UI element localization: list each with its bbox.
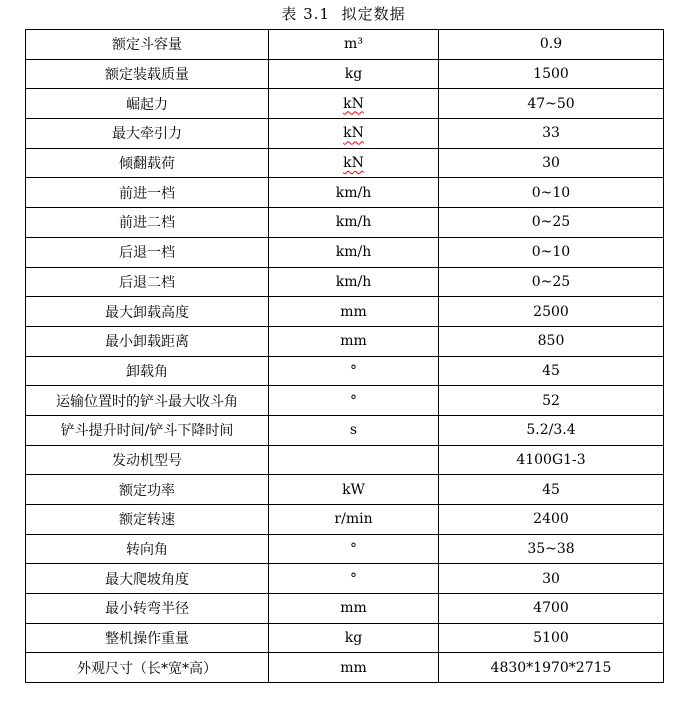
unit-cell: km/h [269,208,439,238]
unit-cell: m³ [269,30,439,60]
value-cell: 0.9 [439,30,664,60]
unit-text: kW [342,482,365,498]
table-row: 额定功率 kW 45 [26,475,664,505]
unit-cell: mm [269,326,439,356]
parameter-name-cell: 外观尺寸（长*宽*高） [26,653,269,683]
unit-cell: km/h [269,178,439,208]
value-cell: 850 [439,326,664,356]
table-row: 最大爬坡角度 ° 30 [26,564,664,594]
unit-text: m³ [344,36,363,52]
unit-cell: mm [269,297,439,327]
unit-text: kg [345,66,362,82]
unit-text: ° [350,571,357,587]
value-cell: 45 [439,475,664,505]
value-cell: 47~50 [439,89,664,119]
unit-cell: ° [269,386,439,416]
unit-cell: ° [269,534,439,564]
parameter-name-cell: 前进二档 [26,208,269,238]
value-cell: 1500 [439,59,664,89]
table-row: 最小转弯半径 mm 4700 [26,594,664,624]
parameter-name-cell: 倾翻载荷 [26,148,269,178]
parameter-name-cell: 发动机型号 [26,445,269,475]
spec-table: 额定斗容量 m³ 0.9 额定装载质量 kg 1500 崛起力 kN 47~50… [25,29,664,683]
table-row: 崛起力 kN 47~50 [26,89,664,119]
unit-text: km/h [336,185,372,201]
unit-cell: ° [269,564,439,594]
table-row: 最大卸载高度 mm 2500 [26,297,664,327]
unit-text: kN [343,96,364,112]
table-row: 转向角 ° 35~38 [26,534,664,564]
parameter-name-cell: 运输位置时的铲斗最大收斗角 [26,386,269,416]
unit-cell [269,445,439,475]
table-row: 发动机型号 4100G1-3 [26,445,664,475]
value-cell: 0~10 [439,178,664,208]
parameter-name-cell: 最大爬坡角度 [26,564,269,594]
parameter-name-cell: 铲斗提升时间/铲斗下降时间 [26,415,269,445]
unit-text: mm [340,304,367,320]
parameter-name-cell: 最大牵引力 [26,119,269,149]
value-cell: 2500 [439,297,664,327]
value-cell: 30 [439,564,664,594]
unit-text: r/min [334,511,372,527]
document-page: 表 3.1 拟定数据 额定斗容量 m³ 0.9 额定装载质量 kg 1500 崛… [0,0,687,709]
unit-cell: r/min [269,505,439,535]
parameter-name-cell: 最小卸载距离 [26,326,269,356]
table-row: 前进二档 km/h 0~25 [26,208,664,238]
table-row: 铲斗提升时间/铲斗下降时间 s 5.2/3.4 [26,415,664,445]
parameter-name-cell: 后退二档 [26,267,269,297]
parameter-name-cell: 额定功率 [26,475,269,505]
table-row: 卸载角 ° 45 [26,356,664,386]
unit-cell: kW [269,475,439,505]
spec-table-body: 额定斗容量 m³ 0.9 额定装载质量 kg 1500 崛起力 kN 47~50… [26,30,664,683]
table-row: 最小卸载距离 mm 850 [26,326,664,356]
unit-cell: kN [269,148,439,178]
unit-text: kN [343,125,364,141]
value-cell: 0~25 [439,267,664,297]
unit-text: mm [340,333,367,349]
parameter-name-cell: 前进一档 [26,178,269,208]
unit-cell: kg [269,623,439,653]
unit-text: km/h [336,214,372,230]
value-cell: 35~38 [439,534,664,564]
value-cell: 4830*1970*2715 [439,653,664,683]
parameter-name-cell: 额定斗容量 [26,30,269,60]
value-cell: 4700 [439,594,664,624]
unit-text: ° [350,393,357,409]
value-cell: 0~10 [439,237,664,267]
value-cell: 52 [439,386,664,416]
value-cell: 33 [439,119,664,149]
unit-cell: s [269,415,439,445]
parameter-name-cell: 额定转速 [26,505,269,535]
unit-text: kN [343,155,364,171]
value-cell: 0~25 [439,208,664,238]
table-caption: 表 3.1 拟定数据 [0,5,687,23]
table-row: 外观尺寸（长*宽*高） mm 4830*1970*2715 [26,653,664,683]
parameter-name-cell: 崛起力 [26,89,269,119]
parameter-name-cell: 最小转弯半径 [26,594,269,624]
value-cell: 5.2/3.4 [439,415,664,445]
table-row: 整机操作重量 kg 5100 [26,623,664,653]
table-row: 最大牵引力 kN 33 [26,119,664,149]
unit-cell: mm [269,653,439,683]
unit-cell: kN [269,89,439,119]
table-row: 额定转速 r/min 2400 [26,505,664,535]
unit-cell: mm [269,594,439,624]
value-cell: 2400 [439,505,664,535]
unit-cell: kN [269,119,439,149]
unit-cell: km/h [269,237,439,267]
unit-cell: kg [269,59,439,89]
unit-text: km/h [336,244,372,260]
unit-text: kg [345,630,362,646]
table-row: 后退一档 km/h 0~10 [26,237,664,267]
unit-text: km/h [336,274,372,290]
unit-cell: ° [269,356,439,386]
table-row: 前进一档 km/h 0~10 [26,178,664,208]
unit-cell: km/h [269,267,439,297]
value-cell: 45 [439,356,664,386]
unit-text: ° [350,541,357,557]
unit-text: mm [340,600,367,616]
table-row: 额定装载质量 kg 1500 [26,59,664,89]
parameter-name-cell: 转向角 [26,534,269,564]
value-cell: 4100G1-3 [439,445,664,475]
value-cell: 5100 [439,623,664,653]
parameter-name-cell: 整机操作重量 [26,623,269,653]
parameter-name-cell: 后退一档 [26,237,269,267]
table-row: 倾翻载荷 kN 30 [26,148,664,178]
table-row: 后退二档 km/h 0~25 [26,267,664,297]
unit-text: ° [350,363,357,379]
unit-text: s [350,422,357,438]
unit-text: mm [340,660,367,676]
parameter-name-cell: 额定装载质量 [26,59,269,89]
parameter-name-cell: 卸载角 [26,356,269,386]
value-cell: 30 [439,148,664,178]
table-row: 运输位置时的铲斗最大收斗角 ° 52 [26,386,664,416]
parameter-name-cell: 最大卸载高度 [26,297,269,327]
table-row: 额定斗容量 m³ 0.9 [26,30,664,60]
